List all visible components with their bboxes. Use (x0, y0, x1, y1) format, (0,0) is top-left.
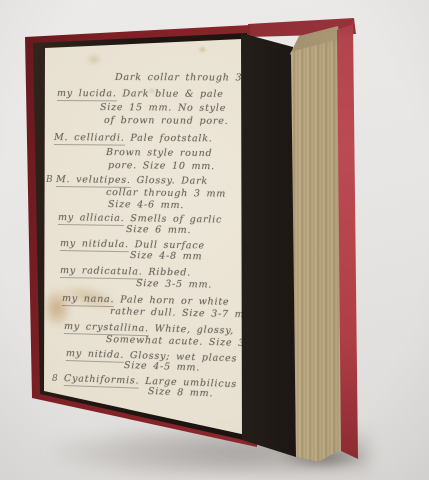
photo-vignette (0, 0, 429, 480)
photo-scene: Dark collar through 3 mm my lucida. Dark… (0, 0, 429, 480)
